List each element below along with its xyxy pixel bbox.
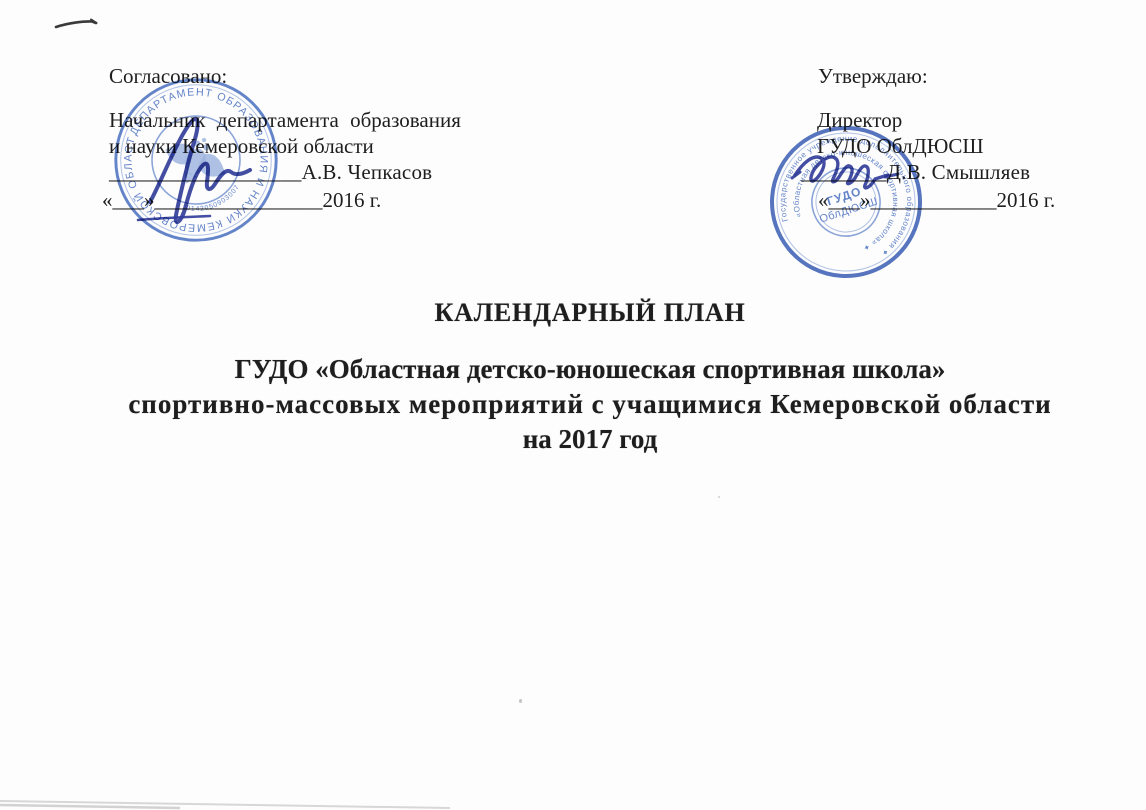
scan-speck bbox=[718, 496, 720, 498]
document-subtitle-line3: на 2017 год bbox=[17, 426, 1146, 452]
smyshlyaev-signature bbox=[790, 145, 910, 195]
scan-speck bbox=[519, 699, 522, 703]
document-subtitle-line2: спортивно-массовых мероприятий с учащими… bbox=[17, 391, 1146, 417]
document-title: КАЛЕНДАРНЫЙ ПЛАН bbox=[17, 300, 1146, 326]
approved-label: Утверждаю: bbox=[818, 63, 928, 89]
chepkasov-signature bbox=[130, 100, 290, 240]
pen-mark bbox=[50, 14, 110, 36]
document-subtitle-line1: ГУДО «Областная детско-юношеская спортив… bbox=[17, 356, 1146, 382]
scan-edge-shadow bbox=[0, 794, 500, 810]
scanned-document-page: Согласовано: Начальник департамента обра… bbox=[0, 0, 1146, 810]
